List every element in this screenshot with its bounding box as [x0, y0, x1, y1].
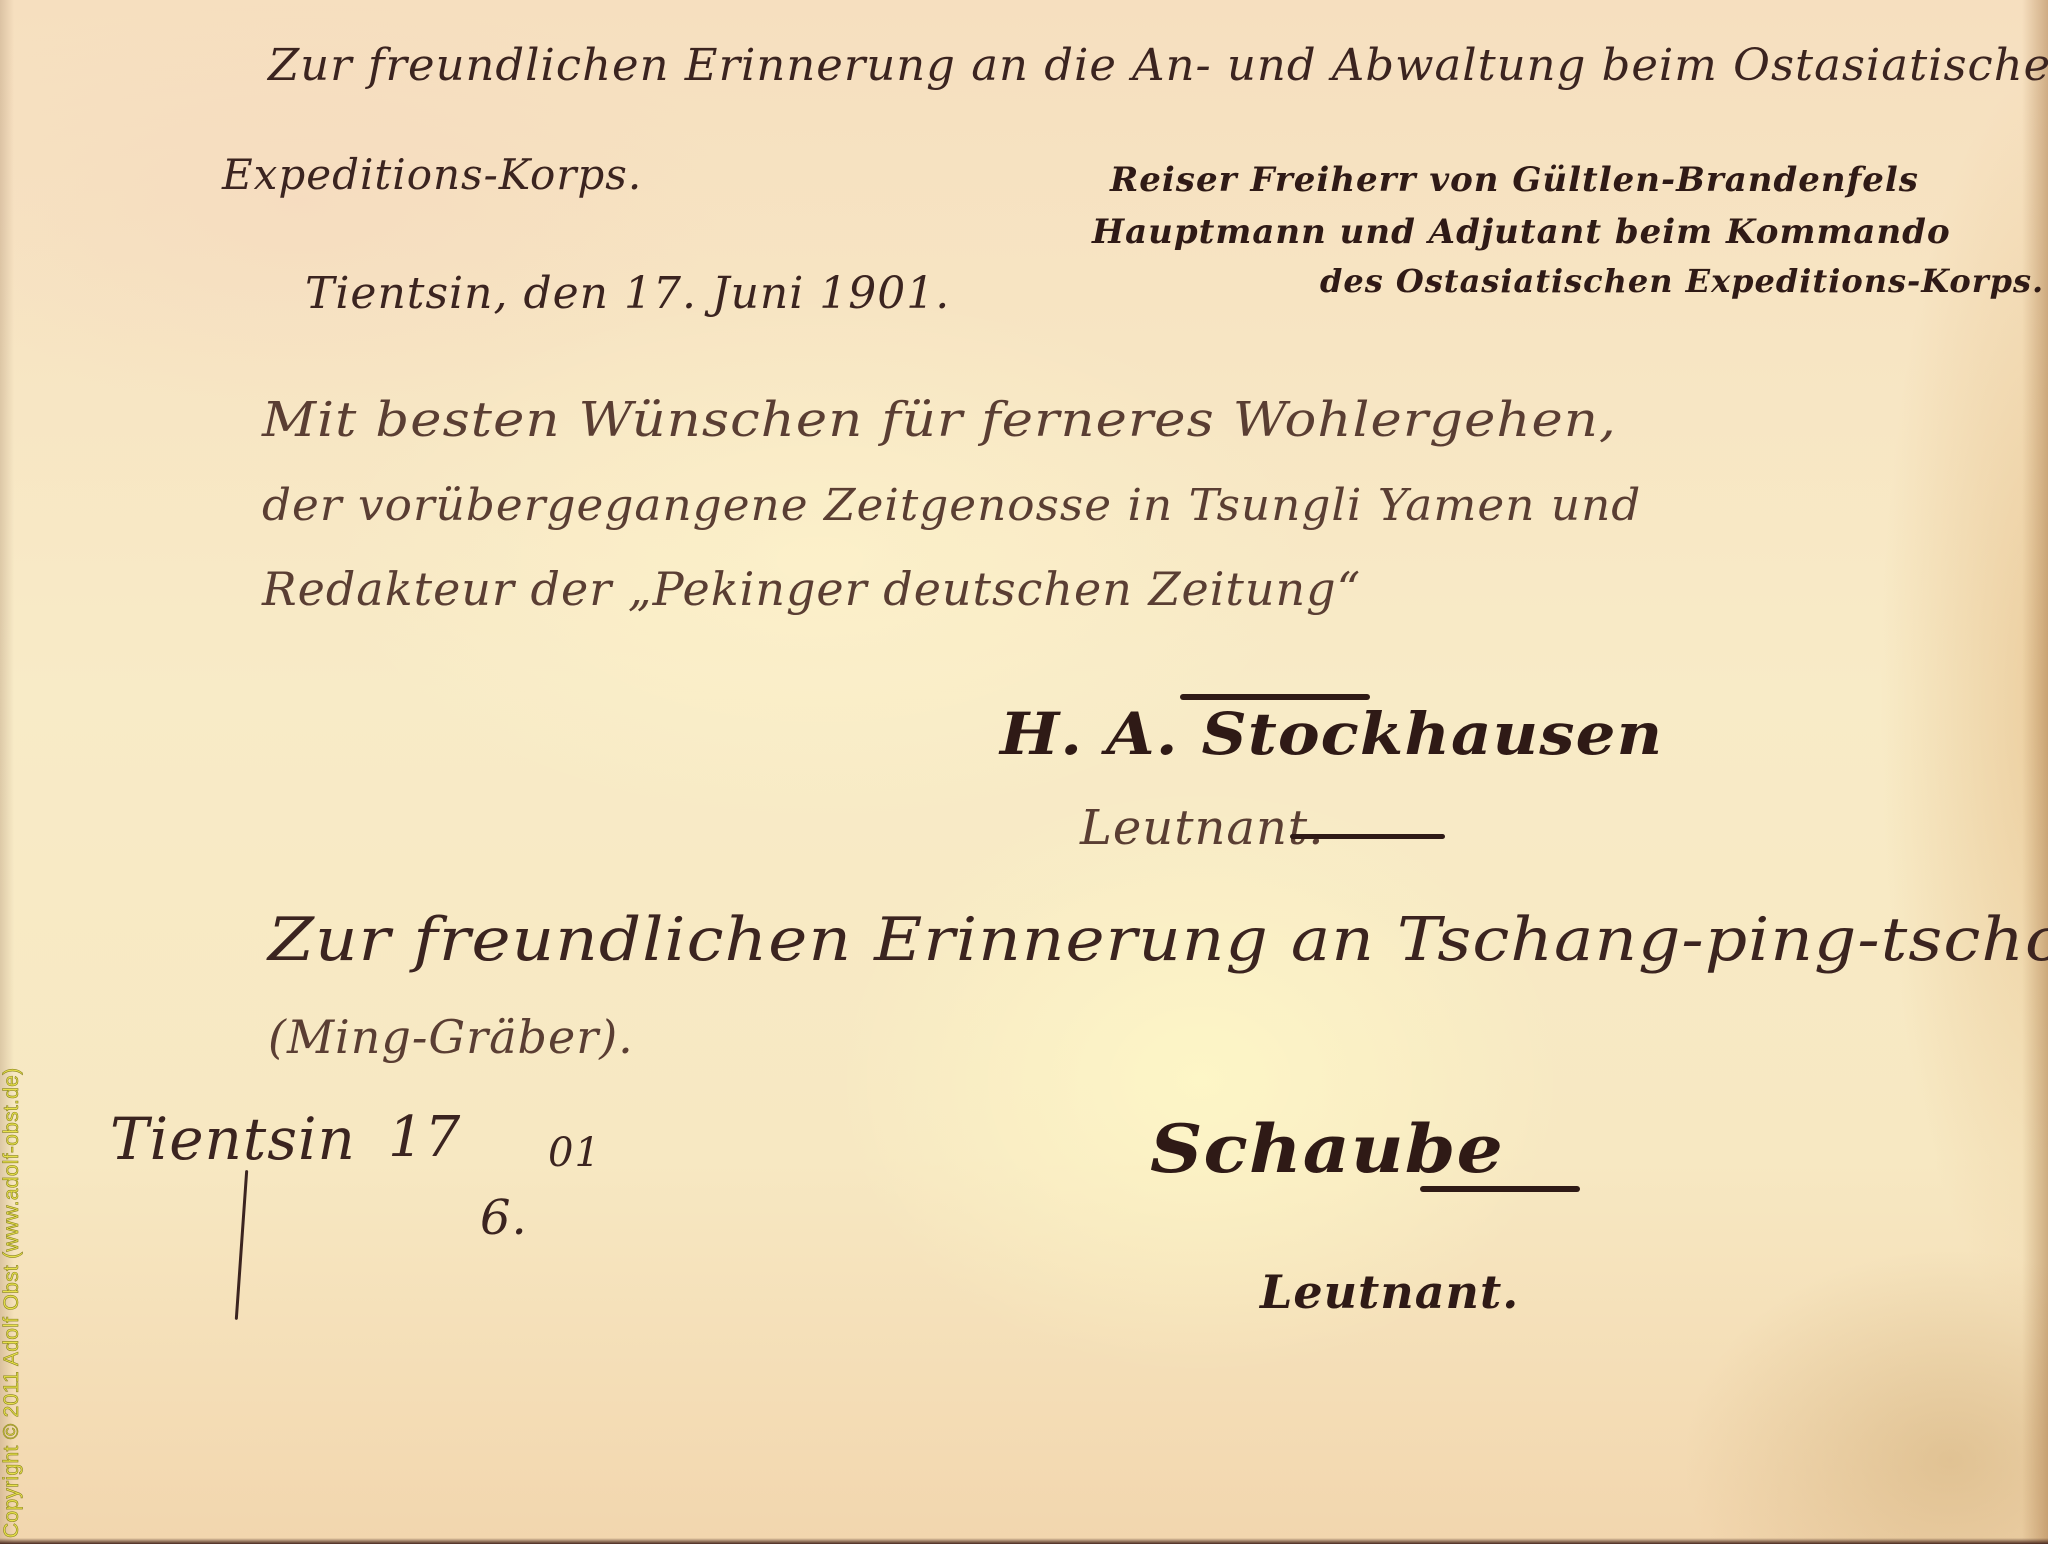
entry-1-signature-line-1: Reiser Freiherr von Gültlen-Brandenfels [1110, 160, 1919, 200]
entry-2-line-1: Mit besten Wünschen für ferneres Wohlerg… [262, 392, 1617, 448]
entry-2-rank-underline [1290, 834, 1445, 839]
entry-3-line-1: Zur freundlichen Erinnerung an Tschang-p… [268, 905, 2048, 975]
entry-2-line-2: der vorübergegangene Zeitgenosse in Tsun… [262, 480, 1641, 531]
entry-1-signature-line-2: Hauptmann und Adjutant beim Kommando [1092, 212, 1951, 252]
entry-3-rank: Leutnant. [1260, 1265, 1519, 1319]
entry-2-rank: Leutnant. [1080, 800, 1324, 856]
page-bottom-edge [0, 1538, 2048, 1544]
page-right-edge [2022, 0, 2048, 1544]
entry-3-signature-underline [1420, 1186, 1580, 1192]
entry-1-place-date: Tientsin, den 17. Juni 1901. [305, 268, 950, 319]
entry-3-line-2: (Ming-Gräber). [268, 1010, 634, 1064]
entry-3-date-slash [235, 1170, 248, 1320]
entry-2-signature: H. A. Stockhausen [1000, 700, 1663, 768]
entry-1-signature-line-3: des Ostasiatischen Expeditions-Korps. [1320, 262, 2044, 300]
entry-3-signature: Schaube [1150, 1110, 1504, 1188]
entry-3-place: Tientsin [110, 1105, 356, 1173]
entry-3-month: 6. [480, 1190, 528, 1246]
entry-1-line-2: Expeditions-Korps. [222, 150, 642, 199]
entry-1-line-1: Zur freundlichen Erinnerung an die An- u… [268, 40, 2048, 91]
entry-2-signature-flourish [1180, 694, 1370, 700]
entry-2-line-3: Redakteur der „Pekinger deutschen Zeitun… [262, 562, 1361, 616]
copyright-watermark: Copyright © 2011 Adolf Obst (www.adolf-o… [0, 1068, 24, 1538]
entry-3-year: 01 [548, 1130, 601, 1176]
entry-3-day: 17 [388, 1105, 461, 1170]
album-page: Zur freundlichen Erinnerung an die An- u… [0, 0, 2048, 1544]
